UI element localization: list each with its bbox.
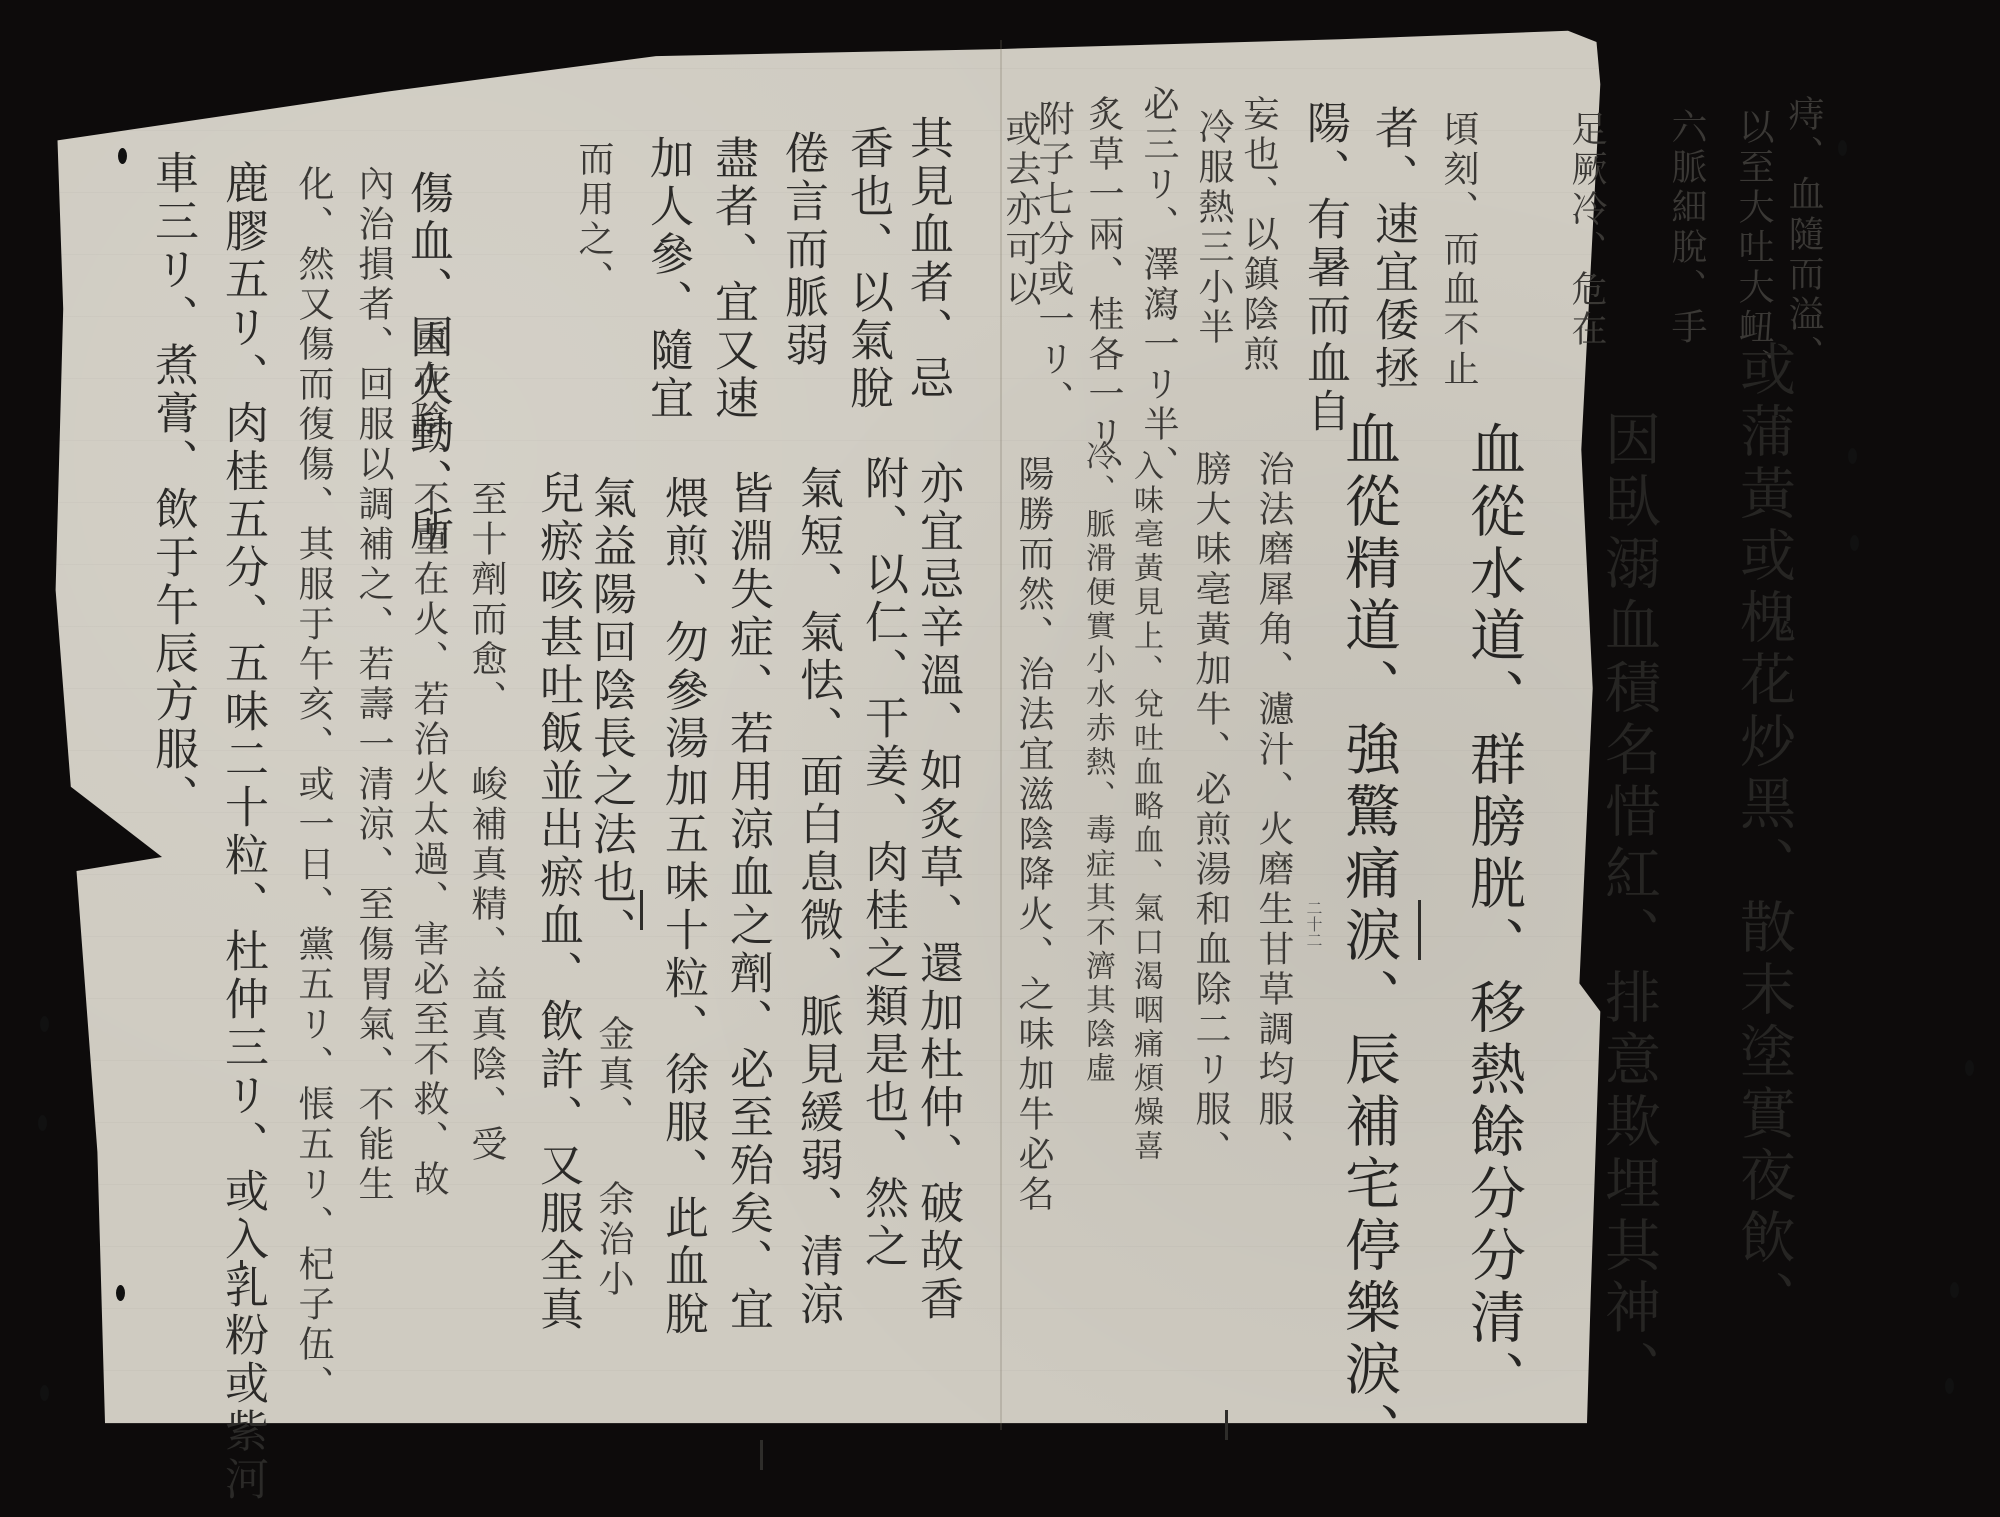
- text-column: 香也、以氣脫: [845, 125, 889, 413]
- text-column: 加人參、隨宜: [645, 135, 689, 423]
- text-column: 炙草一兩、桂各一リ、: [1085, 95, 1121, 495]
- text-column: 氣短、氣怯、面白息微、脈見緩弱、清涼: [795, 465, 839, 1329]
- ink-mark: [760, 1440, 763, 1470]
- text-column: 金真、 余治小: [595, 1015, 631, 1300]
- text-column: 必三リ、澤瀉一リ半、: [1140, 85, 1176, 485]
- binding-hole: [1838, 140, 1847, 156]
- text-column: 皆淵失症、若用涼血之劑、必至殆矣、宜: [725, 470, 769, 1334]
- text-column: 陽勝而然、治法宜滋陰降火、之味加牛必名: [1015, 455, 1051, 1215]
- binding-hole: [38, 1115, 47, 1131]
- binding-hole: [40, 1385, 49, 1401]
- ink-mark: [1225, 1410, 1228, 1440]
- text-column: 附、以仁、干姜、肉桂之類是也、然之: [860, 455, 904, 1271]
- binding-hole: [1950, 1282, 1959, 1298]
- text-column: 其見血者、忌: [905, 115, 949, 403]
- text-column: 傷血、因火動、所: [405, 170, 449, 554]
- text-column: 六脈細脫、手: [1668, 108, 1704, 348]
- text-column: 冷、脈滑便實小水赤熱、毒症其不濟其陰虛: [1082, 440, 1112, 1086]
- ink-mark: [1418, 900, 1421, 960]
- text-column: 痔、血隨而溢、: [1785, 95, 1821, 375]
- text-column: 陽、有暑而血自: [1302, 100, 1346, 436]
- text-column: 而用之、: [575, 140, 611, 300]
- text-column-large: 或蒲黃或槐花炒黑、散末塗實夜飲、: [1735, 340, 1791, 1332]
- text-column: 入味亳黃見上、兌吐血略血、氣口渴咽痛煩燥喜: [1130, 450, 1160, 1164]
- text-column: 盡者、宜又速: [710, 135, 754, 423]
- text-column: 足厥冷、危在: [1568, 110, 1604, 350]
- text-column: 妄也、以鎮陰煎: [1240, 95, 1276, 375]
- text-column: 者、速宜倭拯: [1370, 105, 1414, 393]
- text-column: 膀大味亳黃加牛、必煎湯和血除二リ服、: [1192, 450, 1228, 1170]
- binding-hole: [1965, 1060, 1974, 1076]
- text-column-large: 血從水道、群膀胱、移熱餘分分清、: [1465, 420, 1521, 1412]
- folio-number: 二十二: [1302, 900, 1325, 948]
- text-column: 治法磨犀角、濾汁、火磨生甘草調均服、: [1255, 450, 1291, 1170]
- binding-hole: [1848, 448, 1857, 464]
- text-column-large: 因臥溺血積名惜紅、排意欺埋其神、: [1600, 410, 1656, 1402]
- binding-hole: [118, 148, 127, 164]
- text-column: 內治損者、回服以調補之、若壽一清涼、至傷胃氣、不能生: [355, 165, 391, 1205]
- ink-mark: [240, 1260, 243, 1270]
- text-column: 倦言而脈弱: [780, 130, 824, 370]
- binding-hole: [40, 1016, 49, 1032]
- text-column: 至十劑而愈、 峻補真精、益真陰、受: [468, 480, 504, 1165]
- text-column: 氣益陽回陰長之法也、: [588, 475, 632, 955]
- binding-hole: [116, 1285, 125, 1301]
- ink-mark: [640, 890, 643, 930]
- text-column: 或去亦可以: [1002, 110, 1038, 310]
- binding-hole: [1850, 535, 1859, 551]
- text-column: 鹿膠五リ、肉桂五分、五味二十粒、杜仲三リ、或入乳粉或紫河: [220, 160, 264, 1504]
- text-column: 亦宜忌辛溫、如炙草、還加杜仲、破故香: [915, 460, 959, 1324]
- text-column-large: 血從精道、強驚痛淚、辰補宅停樂淚、: [1340, 410, 1396, 1464]
- text-column: 車三リ、煮膏、飲于午辰方服、: [150, 150, 194, 822]
- text-column: 冷服熱三小半: [1195, 108, 1231, 348]
- text-column: 煨煎、勿參湯加五味十粒、徐服、此血脫: [660, 475, 704, 1339]
- binding-hole: [1945, 1378, 1954, 1394]
- text-column: 化、然又傷而復傷、其服于午亥、或一日、黨五リ、悵五リ、杞子伍、: [295, 165, 331, 1405]
- text-column: 頃刻、而血不止: [1440, 110, 1476, 390]
- text-column: 兒瘀咳甚吐飯並出瘀血、飲許、又服全真: [535, 470, 579, 1334]
